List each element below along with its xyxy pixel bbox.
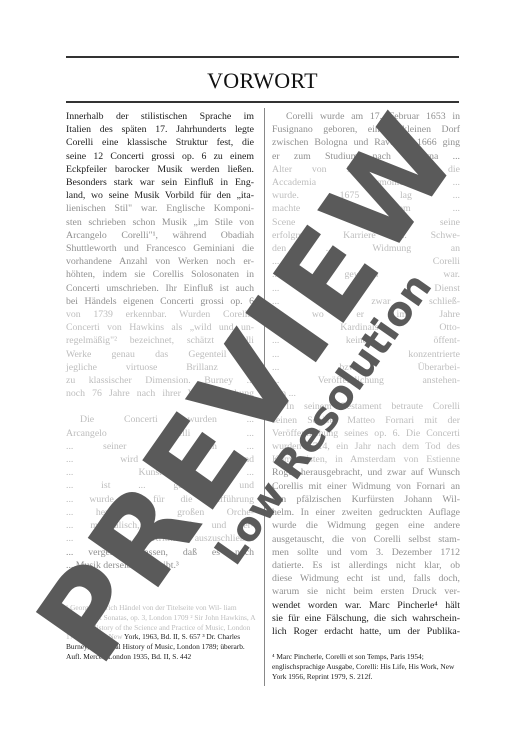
footnote-line: englischsprachige Ausgabe, Corelli: His … (272, 662, 419, 671)
text-line: zu klassischer Dimension. Burney ... (66, 374, 254, 387)
text-line: Roger herausgebracht, und zwar auf Wunsc… (272, 466, 460, 479)
text-line: Corelli eine klassische Struktur fest, d… (66, 136, 254, 149)
text-line: ... im Dienst (272, 282, 460, 295)
text-line: Fusignano geboren, einem kleinen Dorf (272, 123, 460, 136)
text-line: den pfälzischen Kurfürsten Johann Wil- (272, 493, 460, 506)
text-line: ... wo er im Jahre (272, 308, 460, 321)
right-paragraph-1: Corelli wurde am 17. Februar 1653 in Fus… (272, 110, 460, 400)
text-line: Corelli wurde am 17. Februar 1653 in (272, 110, 460, 123)
text-line: lienischen Stil" war. Englische Komponi- (66, 202, 254, 215)
text-line: ... seiner ... einem ... (66, 440, 254, 453)
text-line: ... ist ... geblieben und (66, 479, 254, 492)
text-line: ... vergessen lassen, daß es noch (66, 546, 254, 559)
text-line: sten schrieben schon Musik „im Stile von (66, 216, 254, 229)
text-line: Corellis mit einer Widmung von Fornari a… (272, 480, 460, 493)
text-line: wurde. 1675 lag ... (272, 189, 460, 202)
text-line: helm. In einer zweiten gedruckten Auflag… (272, 506, 460, 519)
text-line: men sollte und vom 3. Dezember 1712 (272, 546, 460, 559)
text-line: zwischen Bologna und Ravenna. 1666 ging (272, 136, 460, 149)
text-line: vorhandene Anzahl von Werken noch er- (66, 255, 254, 268)
text-line: Alter von 17 Jahren ... die (272, 163, 460, 176)
text-line: ... Kardinals Otto- (272, 321, 460, 334)
footnote-line: York, 1963, Bd. II, S. 657 (124, 632, 200, 641)
text-line: ... musikalisch, historisch und er- (66, 519, 254, 532)
text-line: Accademia Filarmonica ... (272, 176, 460, 189)
text-line: machte ... Rom ... (272, 202, 460, 215)
text-line: Concerti von Hawkins als „wild und un- (66, 321, 254, 334)
text-line: Scene ... seine (272, 216, 460, 229)
text-line: sie für eine Fälschung, die sich wahrsch… (272, 612, 460, 625)
footnote-line: Bd. II, S. 442 (151, 652, 191, 661)
right-paragraph-2: In seinem Testament betraute Corelli sei… (272, 400, 460, 638)
text-line: bei Händels eigenen Concerti grossi op. … (66, 295, 254, 308)
text-line: den ... Widmung an (272, 242, 460, 255)
text-line: ... wurde ... für die Aufführung (66, 493, 254, 506)
text-line: warum sie nicht beim ersten Druck ver- (272, 585, 460, 598)
left-column: Innerhalb der stilistischen Sprache im I… (66, 110, 254, 572)
page-title: VORWORT (66, 68, 459, 94)
text-line: ... die ... Kritik auszuschließen (66, 532, 254, 545)
text-line: ... Kunstwerk ... (66, 466, 254, 479)
text-line: Komponisten, in Amsterdam von Estienne (272, 453, 460, 466)
text-line: ... Veröffentlichung anstehen- (272, 374, 460, 387)
left-paragraph-1: Innerhalb der stilistischen Sprache im I… (66, 110, 254, 400)
text-line: ... Musik derselben Art gibt.³ (66, 559, 254, 572)
text-line: noch 76 Jahre nach ihrer Veröffentlichun… (66, 387, 254, 400)
header-rule-bottom (66, 101, 459, 103)
text-line: seinen Schüler Matteo Fornari mit der (272, 414, 460, 427)
text-line: Innerhalb der stilistischen Sprache im (66, 110, 254, 123)
text-line: diese Widmung echt ist und, falls doch, (272, 572, 460, 585)
text-line: land, wo seine Musik Vorbild für den „it… (66, 189, 254, 202)
footnotes-right: ⁴ Marc Pincherle, Corelli et son Temps, … (272, 652, 460, 681)
text-line: Eckpfeiler barocker Musik werden ließen. (66, 163, 254, 176)
text-line: höhten, indem sie Corellis Solosonaten i… (66, 268, 254, 281)
text-line: Shuttleworth und Francesco Geminiani die (66, 242, 254, 255)
text-line: ... bzw. Überarbei- (272, 361, 460, 374)
text-line: Concerti umschrieben. Ihr Einfluß ist au… (66, 282, 254, 295)
text-line: seine 12 Concerti grossi op. 6 zu einem (66, 150, 254, 163)
footnote-line: ¹ Georg Friedrich Händel von der Titelse… (66, 603, 222, 612)
text-line: Arcangelo Corelli ... (66, 427, 254, 440)
text-line: ... und zwar schließ- (272, 295, 460, 308)
text-line: Arcangelo Corelli"¹, während Obadiah (66, 229, 254, 242)
right-column: Corelli wurde am 17. Februar 1653 in Fus… (272, 110, 460, 638)
header-rule-top (66, 56, 459, 58)
text-line: wendet worden war. Marc Pincherle⁴ hält (272, 599, 460, 612)
text-line: wurden 1714, ein Jahr nach dem Tod des (272, 440, 460, 453)
footnotes-left: ¹ Georg Friedrich Händel von der Titelse… (66, 603, 256, 662)
text-line: ... heutige ... großen Orche- (66, 506, 254, 519)
footnote-line: ⁴ Marc Pincherle, Corelli et son Temps, … (272, 652, 424, 661)
text-line: Besonders stark war sein Einfluß in Eng- (66, 176, 254, 189)
text-line: Die Concerti wurden ... (66, 413, 254, 426)
document-page: VORWORT Innerhalb der stilistischen Spra… (0, 0, 530, 750)
text-line: wurde die Widmung gegen eine andere (272, 519, 460, 532)
text-line: ... gewesen war. (272, 268, 460, 281)
text-line: den ... (272, 387, 460, 400)
text-line: jegliche virtuose Brillanz ... (66, 361, 254, 374)
text-line: datierte. Es ist allerdings nicht klar, … (272, 559, 460, 572)
text-line: von 1739 erkennbar. Wurden Corellis (66, 308, 254, 321)
text-line: ... keine öffent- (272, 334, 460, 347)
left-paragraph-2: Die Concerti wurden ... Arcangelo Corell… (66, 413, 254, 571)
text-line: ... wird ... und (66, 453, 254, 466)
text-line: Italien des späten 17. Jahrhunderts legt… (66, 123, 254, 136)
text-line: Werke genau das Gegenteil ... (66, 348, 254, 361)
column-divider (264, 108, 265, 686)
text-line: ausgetauscht, die von Corelli selbst sta… (272, 533, 460, 546)
text-line: ... konzentrierte (272, 348, 460, 361)
text-line: lich Roger erdacht hatte, um der Publika… (272, 625, 460, 638)
text-line: erfolgreiche Karriere ... Schwe- (272, 229, 460, 242)
text-line: In seinem Testament betraute Corelli (272, 400, 460, 413)
text-line: ... Corelli (272, 255, 460, 268)
text-line: er zum Studium nach Bologna ... (272, 150, 460, 163)
text-line: regelmäßig"² bezeichnet, schätzt Corelli (66, 334, 254, 347)
text-line: Veröffentlichung seines op. 6. Die Conce… (272, 427, 460, 440)
